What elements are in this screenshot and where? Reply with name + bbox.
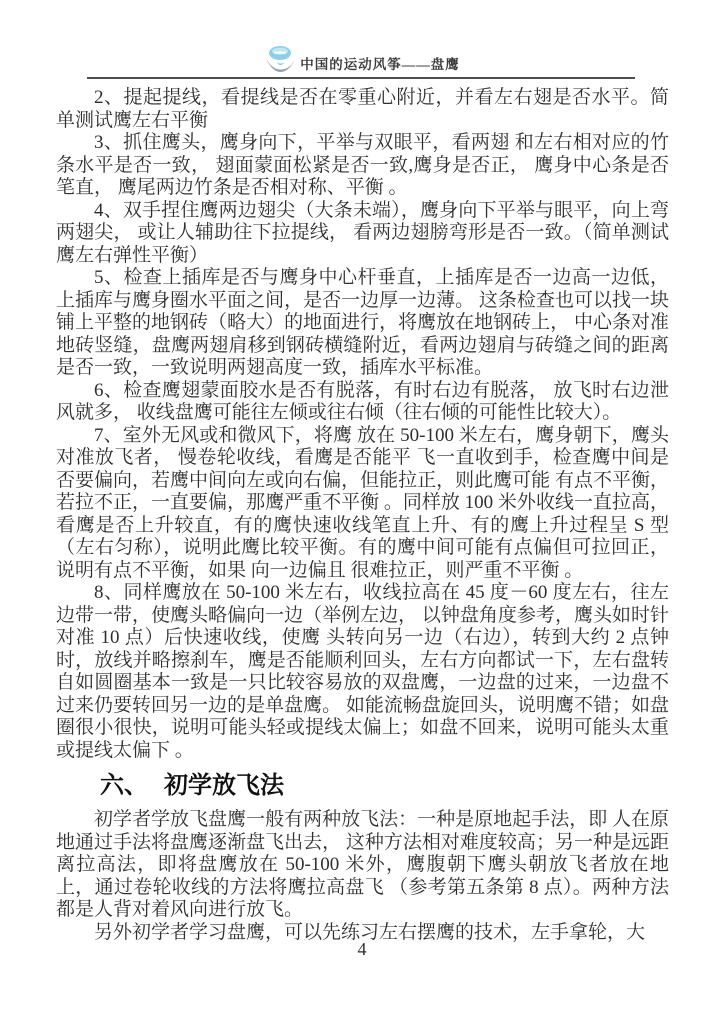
paragraph-beginner-methods: 初学者学放飞盘鹰一般有两种放飞法：一种是原地起手法，即 人在原地通过手法将盘鹰逐…	[56, 809, 669, 922]
header-title: 中国的运动风筝——盘鹰	[300, 53, 460, 76]
paragraph-check-4: 4、双手捏住鹰两边翅尖（大条未端），鹰身向下平举与眼平，向上弯两翅尖， 或让人辅…	[56, 200, 669, 268]
section-heading-number: 六、	[100, 772, 148, 799]
paragraph-check-8: 8、同样鹰放在 50-100 米左右，收线拉高在 45 度－60 度左右，往左边…	[56, 582, 669, 762]
page-number: 4	[0, 939, 724, 960]
kite-association-logo-icon	[264, 44, 297, 76]
paragraph-check-5: 5、检查上插库是否与鹰身中心杆垂直，上插库是否一边高一边低，上插库与鹰身圈水平面…	[56, 267, 669, 380]
paragraph-check-6: 6、检查鹰翅蒙面胶水是否有脱落，有时右边有脱落， 放飞时右边泄风就多， 收线盘鹰…	[56, 380, 669, 425]
paragraph-check-7: 7、室外无风或和微风下，将鹰 放在 50-100 米左右，鹰身朝下，鹰头对准放飞…	[56, 425, 669, 583]
section-heading: 六、初学放飞法	[56, 772, 669, 800]
section-heading-title: 初学放飞法	[164, 772, 284, 799]
paragraph-check-3: 3、抓住鹰头，鹰身向下，平举与双眼平，看两翅 和左右相对应的竹条水平是否一致， …	[56, 132, 669, 200]
header-divider	[87, 77, 635, 79]
document-body: 2、提起提线，看提线是否在零重心附近，并看左右翅是否水平。简单测试鹰左右平衡 3…	[56, 87, 669, 944]
paragraph-check-2: 2、提起提线，看提线是否在零重心附近，并看左右翅是否水平。简单测试鹰左右平衡	[56, 87, 669, 132]
page-header: 中国的运动风筝——盘鹰	[0, 44, 724, 76]
document-page: 中国的运动风筝——盘鹰 2、提起提线，看提线是否在零重心附近，并看左右翅是否水平…	[0, 0, 724, 1024]
